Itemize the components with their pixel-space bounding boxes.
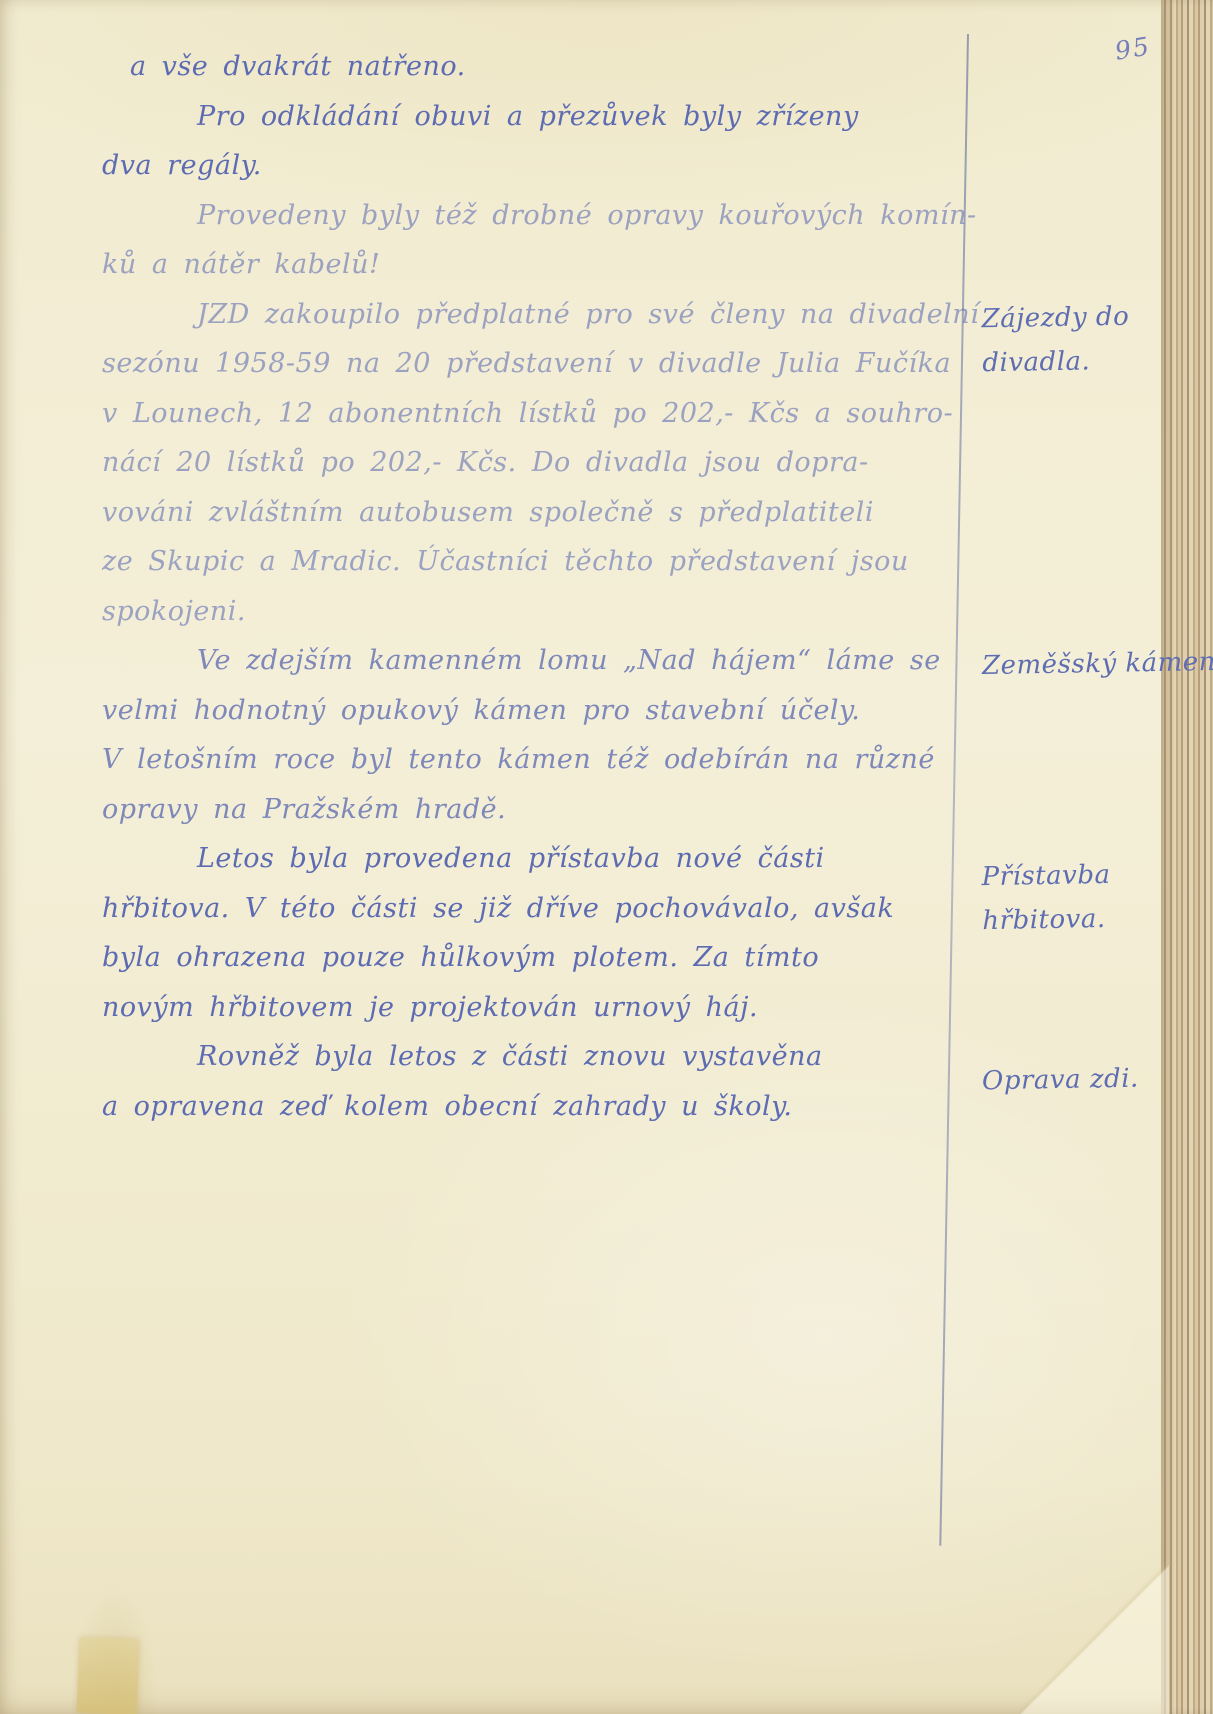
page-number: 95 (1113, 31, 1153, 65)
text-line: ků a nátěr kabelů! (102, 240, 902, 290)
text-line: vováni zvláštním autobusem společně s př… (102, 488, 902, 538)
paragraph: Ve zdejším kamenném lomu „Nad hájem“ lám… (102, 636, 902, 834)
book-page-edges (1161, 0, 1213, 1714)
text-line: sezónu 1958-59 na 20 představení v divad… (102, 339, 902, 389)
bottom-paper-tab (77, 1637, 140, 1714)
text-line: ze Skupic a Mradic. Účastníci těchto pře… (102, 537, 902, 587)
text-line: v Lounech, 12 abonentních lístků po 202,… (102, 389, 902, 439)
text-line: spokojeni. (102, 587, 902, 637)
paragraph: Provedeny byly též drobné opravy kouřový… (102, 191, 902, 290)
text-line: Pro odkládání obuvi a přezůvek byly zříz… (102, 92, 902, 142)
paragraph: Rovněž byla letos z části znovu vystavěn… (102, 1032, 902, 1131)
text-line: hřbitova. V této části se již dříve poch… (102, 884, 902, 934)
text-line: dva regály. (102, 141, 902, 191)
text-line: Provedeny byly též drobné opravy kouřový… (102, 191, 902, 241)
text-line: byla ohrazena pouze hůlkovým plotem. Za … (102, 933, 902, 983)
text-line: velmi hodnotný opukový kámen pro stavebn… (102, 686, 902, 736)
margin-note-theatre-trips: Zájezdy do divadla. (981, 295, 1130, 386)
text-line: novým hřbitovem je projektován urnový há… (102, 983, 902, 1033)
text-line: Rovněž byla letos z části znovu vystavěn… (102, 1032, 902, 1082)
paragraph: JZD zakoupilo předplatné pro své členy n… (102, 290, 902, 637)
margin-note-wall-repair: Oprava zdi. (982, 1057, 1140, 1104)
margin-note-quarry-stone: Zeměšský kámen (982, 640, 1213, 688)
text-line: opravy na Pražském hradě. (102, 785, 902, 835)
text-line: Letos byla provedena přístavba nové část… (102, 834, 902, 884)
text-line: nácí 20 lístků po 202,- Kčs. Do divadla … (102, 438, 902, 488)
text-line: V letošním roce byl tento kámen též odeb… (102, 735, 902, 785)
text-line: Ve zdejším kamenném lomu „Nad hájem“ lám… (102, 636, 902, 686)
text-line: a opravena zeď kolem obecní zahrady u šk… (102, 1082, 902, 1132)
paragraph: Pro odkládání obuvi a přezůvek byly zříz… (102, 92, 902, 191)
margin-note-cemetery-extension: Přístavba hřbitova. (981, 853, 1111, 943)
text-line: a vše dvakrát natřeno. (102, 42, 902, 92)
paragraph: Letos byla provedena přístavba nové část… (102, 834, 902, 1032)
text-line: JZD zakoupilo předplatné pro své členy n… (102, 290, 902, 340)
body-text: a vše dvakrát natřeno.Pro odkládání obuv… (102, 42, 902, 1131)
paragraph: a vše dvakrát natřeno. (102, 42, 902, 92)
